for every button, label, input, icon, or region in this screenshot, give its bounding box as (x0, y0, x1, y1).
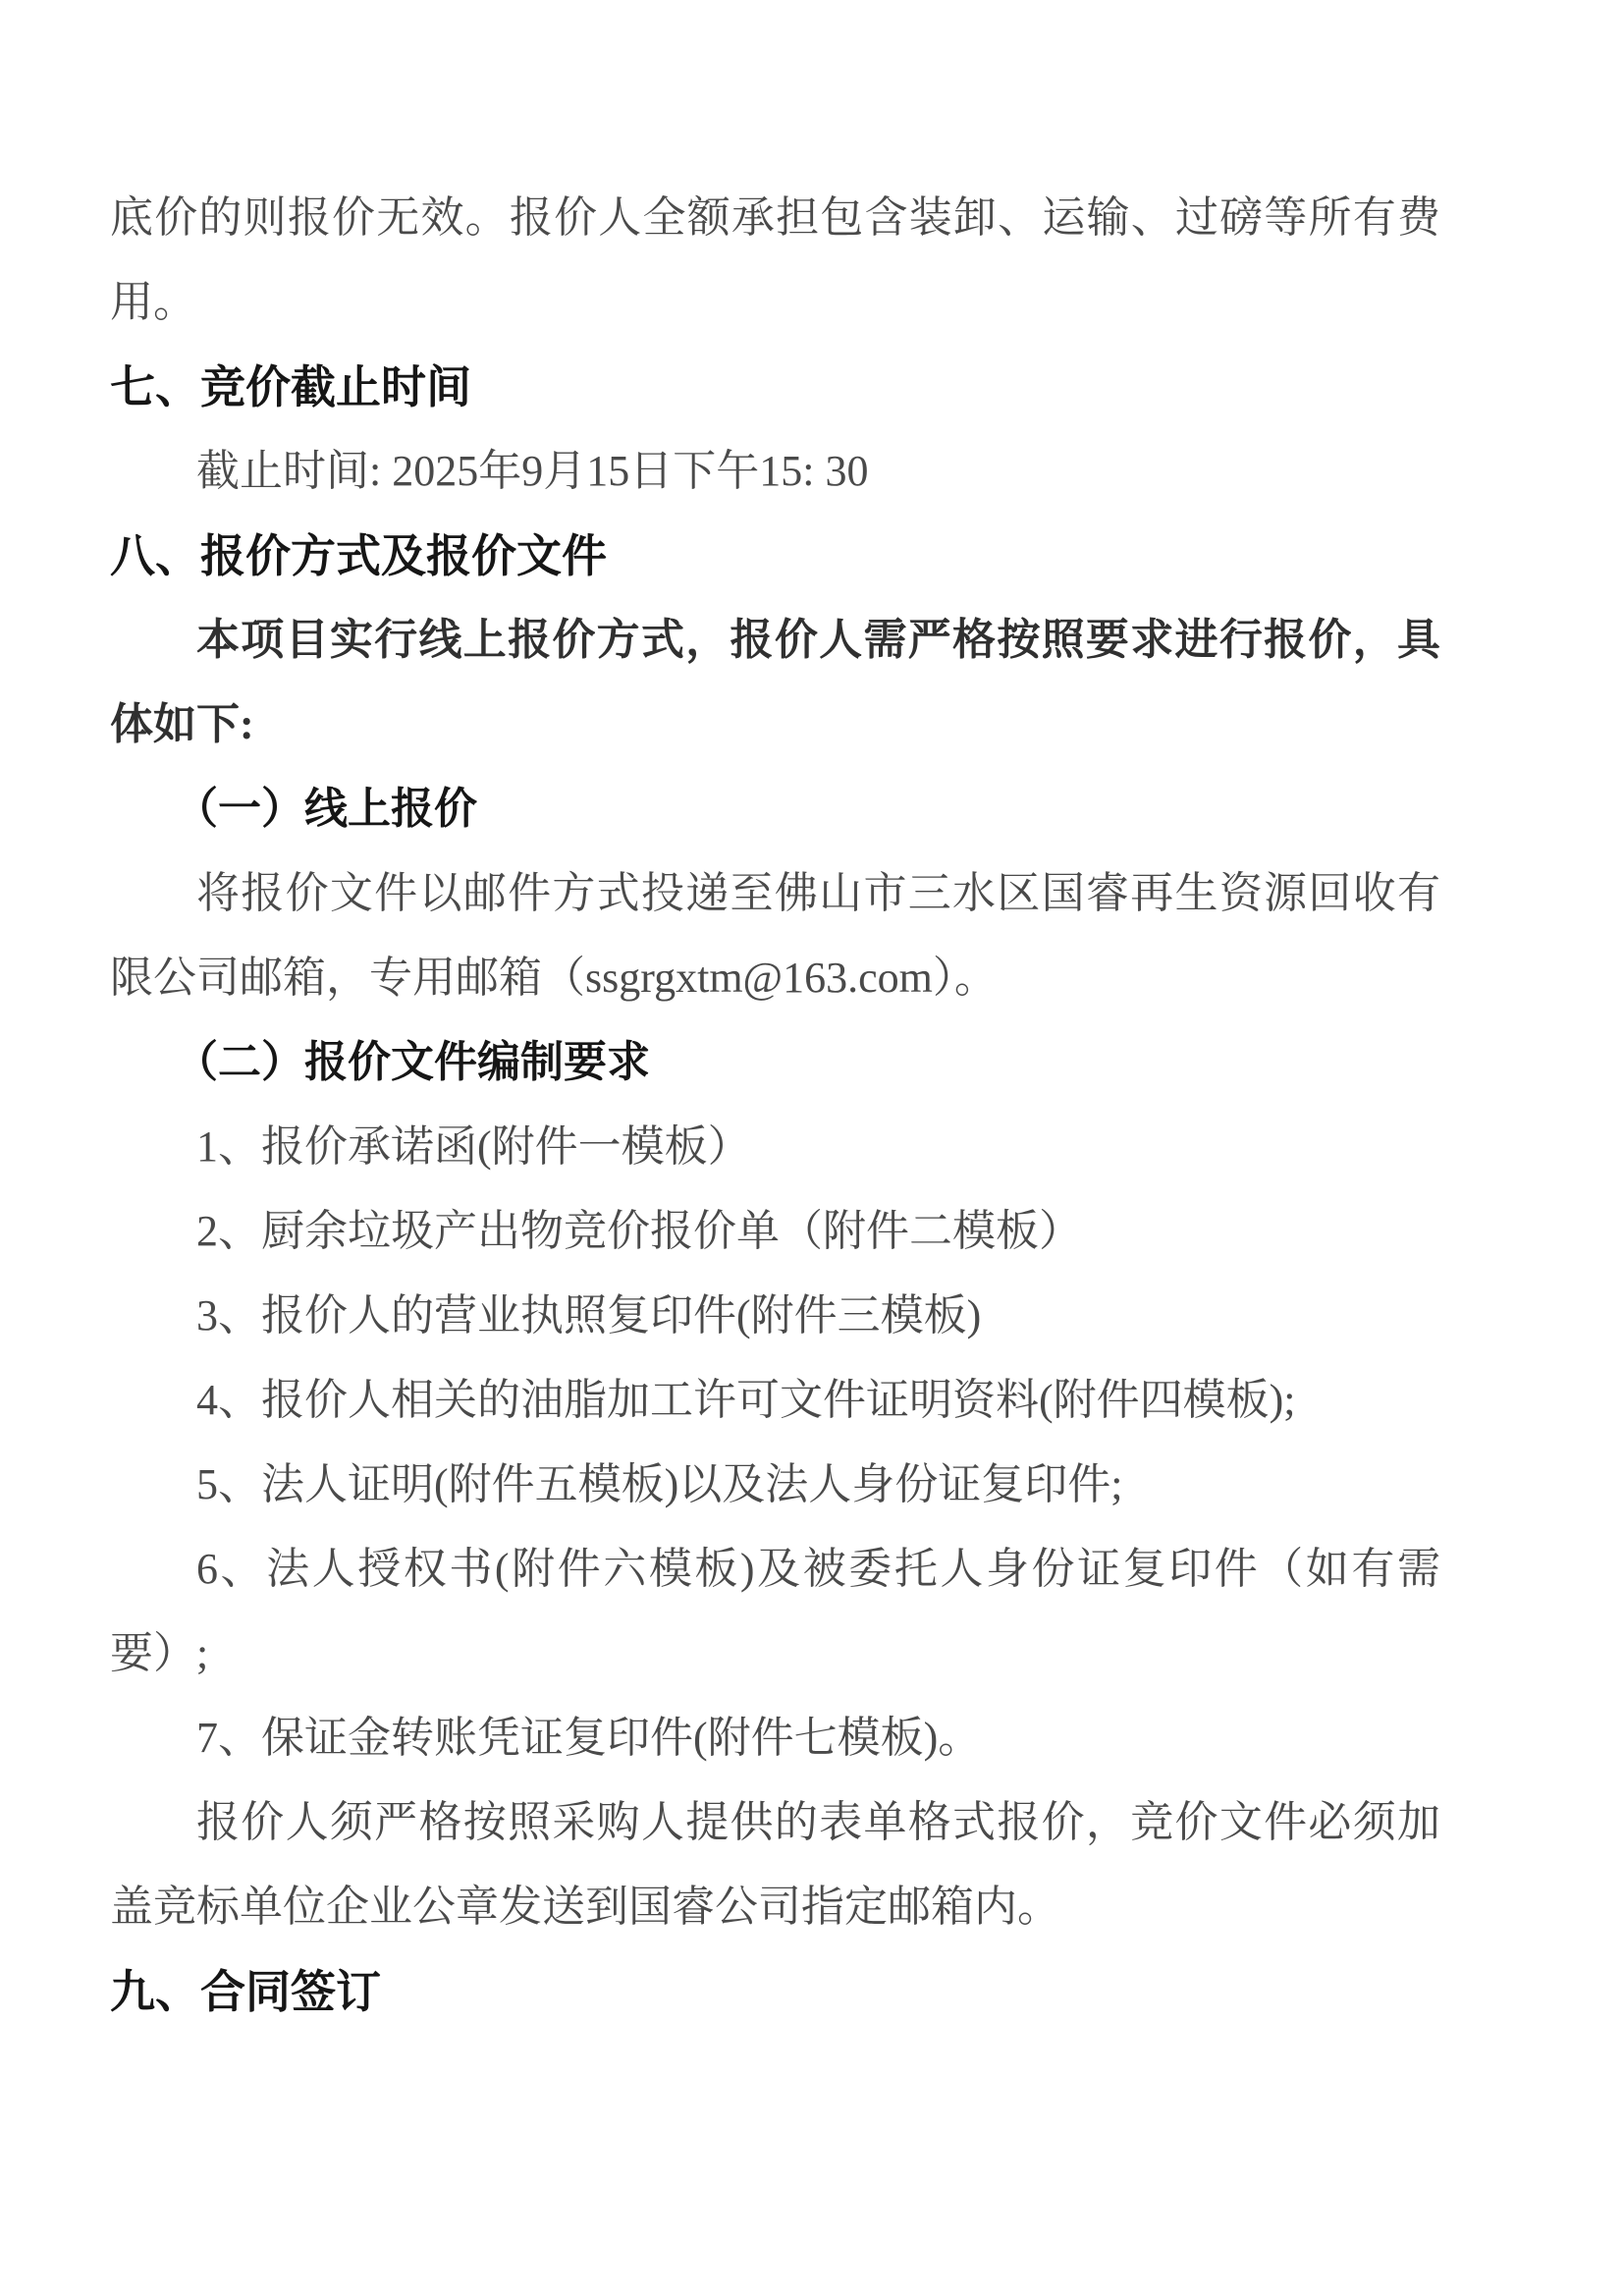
sub-heading-file-requirements: （二）报价文件编制要求 (110, 1020, 1440, 1105)
email-paragraph: 将报价文件以邮件方式投递至佛山市三水区国睿再生资源回收有限公司邮箱，专用邮箱（s… (110, 851, 1440, 1020)
deadline-paragraph: 截止时间: 2025年9月15日下午15: 30 (110, 429, 1440, 514)
section-heading-7: 七、竞价截止时间 (110, 345, 1440, 429)
list-item-7: 7、保证金转账凭证复印件(附件七模板)。 (110, 1696, 1440, 1780)
sub-heading-online-bid: （一）线上报价 (110, 767, 1440, 851)
section-heading-8: 八、报价方式及报价文件 (110, 514, 1440, 598)
list-item-3: 3、报价人的营业执照复印件(附件三模板) (110, 1274, 1440, 1358)
list-item-2: 2、厨余垃圾产出物竞价报价单（附件二模板） (110, 1189, 1440, 1274)
section-heading-9: 九、合同签订 (110, 1949, 1440, 2034)
document-content: 底价的则报价无效。报价人全额承担包含装卸、运输、过磅等所有费用。 七、竞价截止时… (110, 176, 1440, 2034)
intro-paragraph: 本项目实行线上报价方式，报价人需严格按照要求进行报价，具体如下: (110, 598, 1440, 767)
body-paragraph: 底价的则报价无效。报价人全额承担包含装卸、运输、过磅等所有费用。 (110, 176, 1440, 345)
closing-paragraph: 报价人须严格按照采购人提供的表单格式报价，竞价文件必须加盖竞标单位企业公章发送到… (110, 1780, 1440, 1949)
document-page: 底价的则报价无效。报价人全额承担包含装卸、运输、过磅等所有费用。 七、竞价截止时… (0, 0, 1623, 2296)
list-item-5: 5、法人证明(附件五模板)以及法人身份证复印件; (110, 1443, 1440, 1527)
list-item-6: 6、法人授权书(附件六模板)及被委托人身份证复印件（如有需要）; (110, 1527, 1440, 1696)
list-item-1: 1、报价承诺函(附件一模板） (110, 1105, 1440, 1189)
list-item-4: 4、报价人相关的油脂加工许可文件证明资料(附件四模板); (110, 1358, 1440, 1443)
